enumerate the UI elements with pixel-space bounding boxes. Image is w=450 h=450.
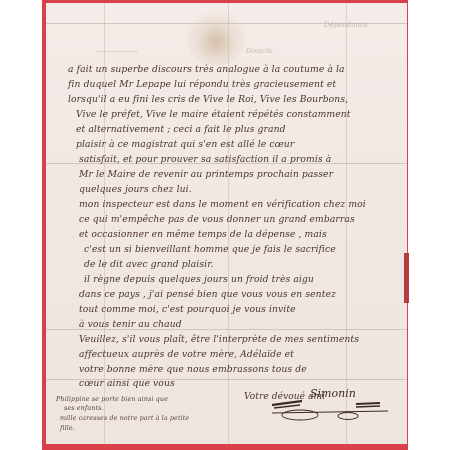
postscript-line: fille. <box>60 424 75 432</box>
red-tab <box>404 253 409 303</box>
signature-name: Simonin <box>310 387 356 400</box>
body-line: Vive le préfet, Vive le maire étaient ré… <box>76 109 351 120</box>
body-line: dans ce pays , j'ai pensé bien que vous … <box>79 289 336 300</box>
header-stamp-dependance: Dépendance <box>324 21 368 29</box>
body-line: à vous tenir au chaud <box>79 319 182 330</box>
body-line: cœur ainsi que vous <box>79 378 175 389</box>
header-stamp-domicile: Domicile <box>246 48 273 55</box>
letter-page: Dépendance ——————— Domicile a fait un su… <box>46 3 407 444</box>
body-line: il règne depuis quelques jours un froid … <box>84 274 314 285</box>
body-line: de le dit avec grand plaisir. <box>84 259 214 270</box>
body-line: lorsqu'il a eu fini les cris de Vive le … <box>68 94 348 105</box>
body-line: fin duquel Mr Lepape lui répondu très gr… <box>68 79 336 90</box>
paper-stain <box>186 11 246 66</box>
body-line: et alternativement ; ceci a fait le plus… <box>76 124 286 135</box>
body-line: tout comme moi, c'est pourquoi je vous i… <box>79 304 296 315</box>
postscript-line: ses enfants. <box>64 404 104 412</box>
body-line: Veuillez, s'il vous plaît, être l'interp… <box>79 334 359 345</box>
body-line: satisfait, et pour prouver sa satisfacti… <box>79 154 331 165</box>
body-line: votre bonne mère que nous embrassons tou… <box>79 364 307 375</box>
body-line: affectueux auprès de votre mère, Adélaïd… <box>79 349 294 360</box>
body-line: c'est un si bienveillant homme que je fa… <box>84 244 336 255</box>
header-stamp-rule: ——————— <box>96 48 138 55</box>
body-line: a fait un superbe discours très analogue… <box>68 64 345 75</box>
signature: Simonin <box>270 386 390 422</box>
body-line: Mr le Maire de revenir au printemps proc… <box>79 169 333 180</box>
postscript-line: Philippine se porte bien ainsi que <box>56 395 168 403</box>
body-line: plaisir à ce magistrat qui s'en est allé… <box>76 139 294 150</box>
body-line: mon inspecteur est dans le moment en vér… <box>79 199 366 210</box>
body-line: ce qui m'empêche pas de vous donner un g… <box>79 214 355 225</box>
body-line: et occasionner en même temps de la dépen… <box>79 229 327 240</box>
postscript-line: mille caresses de notre part à la petite <box>60 414 189 422</box>
body-line: quelques jours chez lui. <box>79 184 192 195</box>
